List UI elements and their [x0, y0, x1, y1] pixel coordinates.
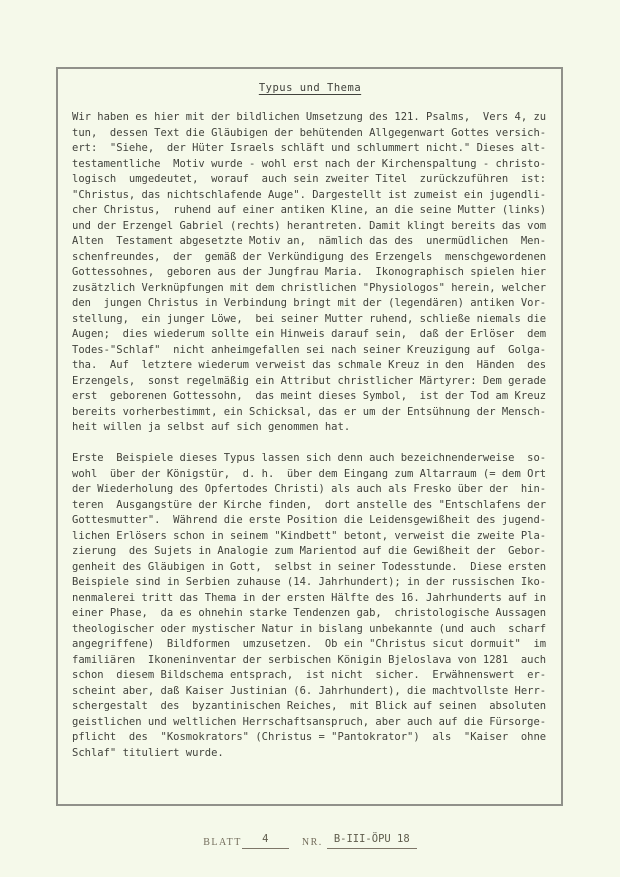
page-content: Typus und Thema Wir haben es hier mit de… — [58, 69, 561, 761]
scanned-page: { "doc": { "title": "Typus und Thema", "… — [0, 0, 620, 877]
paragraph-1: Wir haben es hier mit der bildlichen Ums… — [72, 110, 548, 436]
paragraph-2: Erste Beispiele dieses Typus lassen sich… — [72, 451, 548, 761]
nr-label: NR. — [302, 837, 323, 849]
blatt-label: BLATT — [203, 837, 242, 849]
page-footer: BLATT 4 NR. B-III-ÖPU 18 — [0, 833, 620, 849]
blatt-number-field: 4 — [242, 833, 289, 849]
page-border-frame: Typus und Thema Wir haben es hier mit de… — [56, 67, 563, 806]
nr-value-field: B-III-ÖPU 18 — [327, 833, 417, 849]
page-title: Typus und Thema — [72, 81, 548, 96]
